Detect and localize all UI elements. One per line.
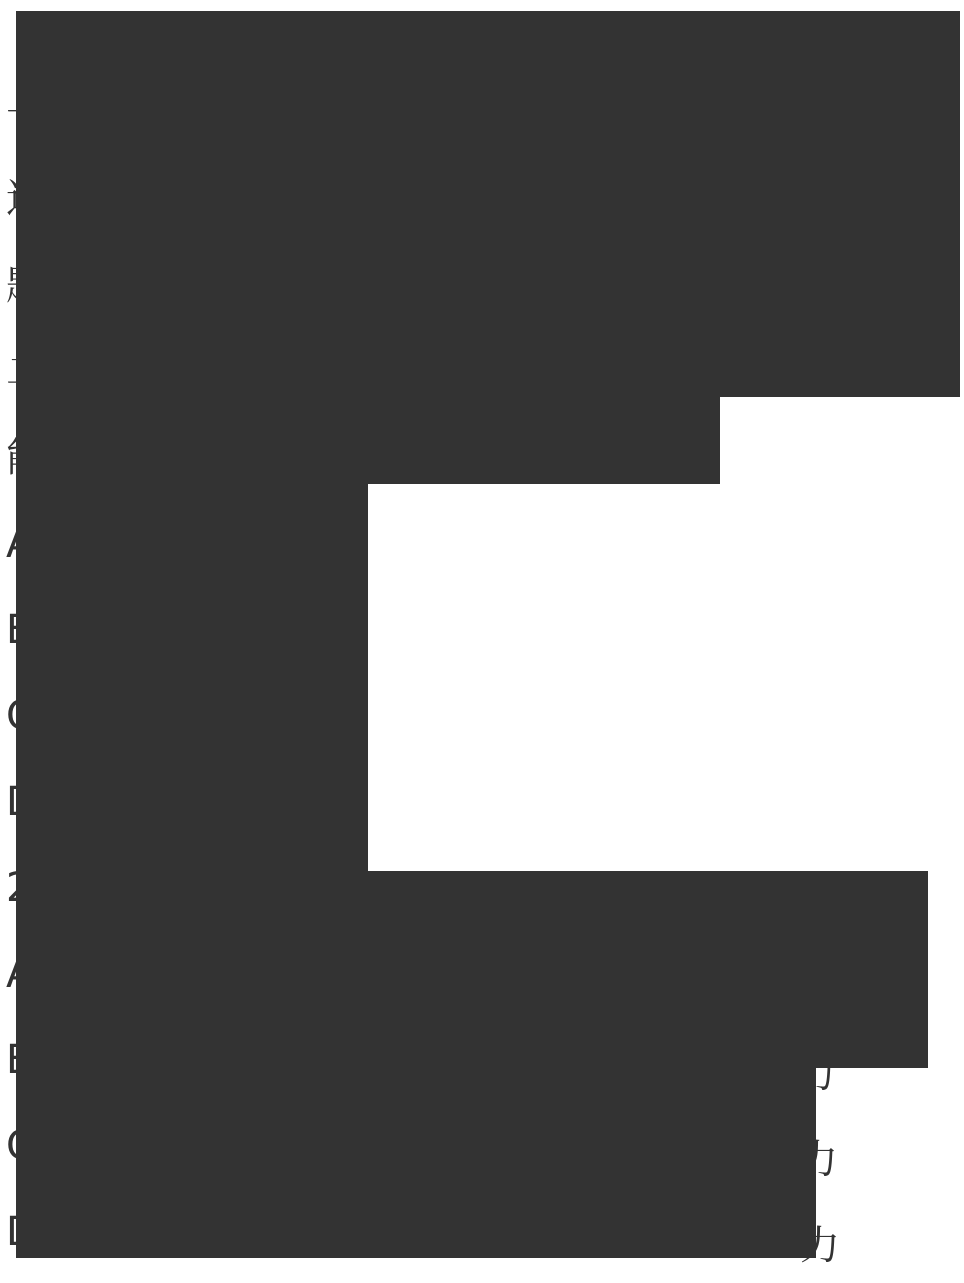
redaction-bottom [16, 1068, 816, 1258]
redaction-top [16, 11, 960, 397]
redaction-lower-wide [16, 871, 928, 1068]
redaction-left-column [16, 484, 368, 871]
redaction-upper-mid [16, 397, 720, 484]
